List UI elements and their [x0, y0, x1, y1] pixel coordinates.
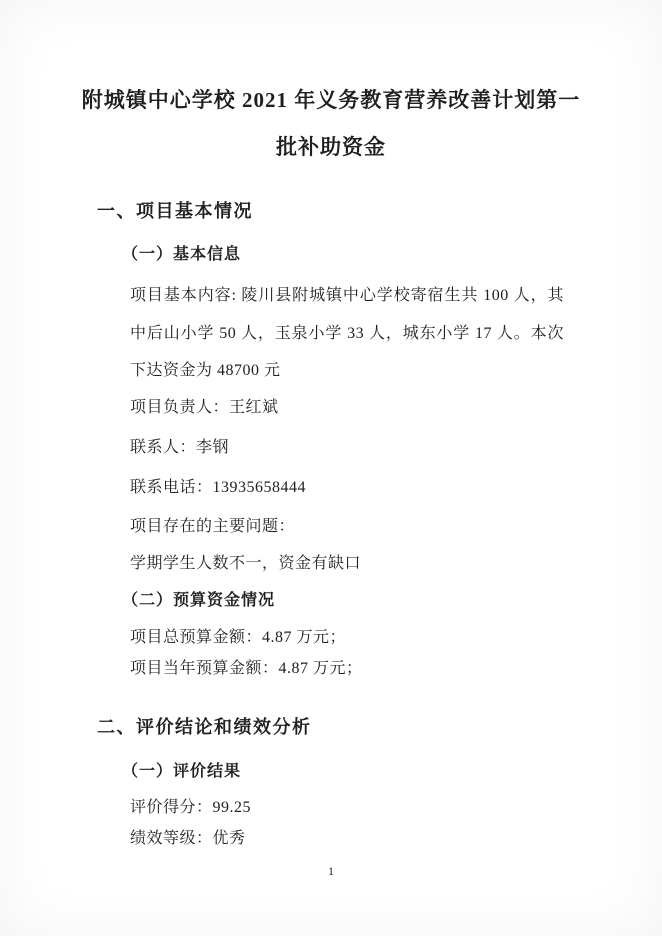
subsection-evaluation-result-heading: （一）评价结果 — [122, 758, 241, 781]
project-problem-text: 学期学生人数不一，资金有缺口 — [130, 550, 361, 573]
project-content-paragraph: 项目基本内容: 陵川县附城镇中心学校寄宿生共 100 人，其中后山小学 50 人… — [130, 277, 564, 390]
document-page: 附城镇中心学校 2021 年义务教育营养改善计划第一 批补助资金 一、项目基本情… — [0, 0, 662, 936]
section-2-heading: 二、评价结论和绩效分析 — [97, 713, 312, 739]
subsection-basic-info-heading: （一）基本信息 — [122, 241, 241, 264]
page-number: 1 — [0, 864, 662, 879]
document-title-line-1: 附城镇中心学校 2021 年义务教育营养改善计划第一 — [60, 84, 602, 114]
project-leader-line: 项目负责人：王红斌 — [130, 394, 279, 417]
contact-person-line: 联系人：李钢 — [130, 434, 229, 457]
subsection-budget-heading: （二）预算资金情况 — [122, 587, 275, 610]
total-budget-line: 项目总预算金额：4.87 万元； — [130, 624, 346, 647]
evaluation-score-line: 评价得分：99.25 — [130, 794, 251, 817]
contact-phone-line: 联系电话：13935658444 — [130, 474, 306, 497]
performance-grade-line: 绩效等级：优秀 — [130, 825, 246, 848]
section-1-heading: 一、项目基本情况 — [97, 197, 253, 223]
project-problem-label: 项目存在的主要问题： — [130, 513, 295, 536]
document-title-line-2: 批补助资金 — [60, 131, 602, 161]
year-budget-line: 项目当年预算金额：4.87 万元； — [130, 655, 363, 678]
